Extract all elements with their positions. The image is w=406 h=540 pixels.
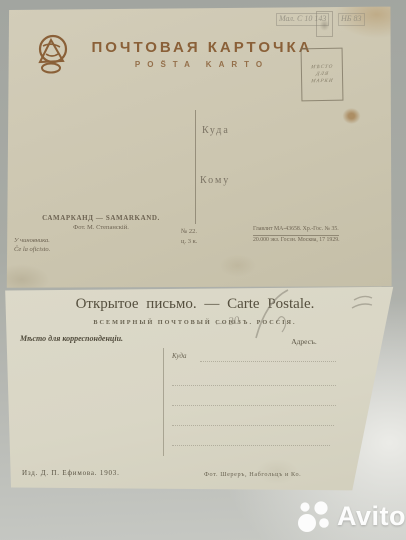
caption-photo-credit: Фот. М. Степанскій. bbox=[10, 224, 192, 231]
caption-subject-eo: Ĉe la oficisto. bbox=[14, 246, 50, 255]
avito-watermark-text: Avito bbox=[337, 501, 406, 532]
where-label: Куда bbox=[172, 352, 186, 360]
caption-subject: У чиновника. Ĉe la oficisto. bbox=[14, 237, 50, 255]
address-writing-line bbox=[172, 444, 330, 446]
avito-watermark: Avito bbox=[296, 497, 406, 535]
listing-photo: ПОЧТОВАЯ КАРТОЧКА POŜTA KARTO Мал. С 10 … bbox=[0, 0, 406, 540]
avito-logo-icon bbox=[296, 497, 334, 535]
address-writing-line bbox=[172, 424, 334, 426]
photographer-line: Фот. Шереръ, Набгольцъ и Ко. bbox=[204, 471, 301, 478]
small-stamp-mark-icon bbox=[316, 11, 333, 37]
censor-line: Главлит МА-43658. Хр.-Гос. № 35. bbox=[253, 225, 339, 236]
stamp-box-line: ДЛЯ bbox=[315, 72, 329, 77]
publisher-line: Изд. Д. П. Ефимова. 1903. bbox=[22, 469, 120, 477]
print-run-line: 20.000 экз. Госзн. Москва, 17 1929. bbox=[253, 236, 391, 245]
publisher-monogram-icon bbox=[30, 32, 72, 78]
card-number-block: № 22. ц. 3 к. bbox=[181, 227, 197, 247]
card1-caption: САМАРКАНД — SAMARKAND. Фот. М. Степанскі… bbox=[10, 214, 192, 231]
address-writing-line bbox=[200, 360, 336, 362]
address-writing-line bbox=[172, 384, 336, 386]
stamp-box-line: МАРКИ bbox=[311, 79, 334, 84]
where-label: Куда bbox=[202, 125, 230, 136]
card1-subtitle-esperanto: POŜTA KARTO bbox=[86, 60, 318, 69]
address-label: Адресъ. bbox=[272, 337, 336, 346]
print-imprint-block: Главлит МА-43658. Хр.-Гос. № 35. 20.000 … bbox=[253, 225, 391, 244]
stamp-box-line: МѢСТО bbox=[310, 65, 333, 70]
stamp-placement-box: МѢСТО ДЛЯ МАРКИ bbox=[301, 48, 344, 102]
caption-place: САМАРКАНД — SAMARKAND. bbox=[10, 214, 192, 222]
address-divider-line bbox=[163, 348, 164, 456]
pencil-price-note: — 30 bbox=[215, 314, 240, 329]
postcard-soviet: ПОЧТОВАЯ КАРТОЧКА POŜTA KARTO Мал. С 10 … bbox=[6, 6, 392, 288]
whom-label: Кому bbox=[200, 175, 230, 186]
address-writing-line bbox=[172, 404, 336, 406]
card-number: № 22. bbox=[181, 227, 197, 237]
pencil-inventory-notes: Мал. С 10 143 НБ 83 bbox=[276, 11, 366, 47]
address-divider-line bbox=[195, 110, 196, 224]
caption-subject-ru: У чиновника. bbox=[14, 237, 50, 246]
pencil-note-right: НБ 83 bbox=[338, 13, 365, 26]
postcard-1903: Открытое письмо. — Carte Postale. ВСЕМИР… bbox=[4, 286, 394, 492]
card-price: ц. 3 к. bbox=[181, 237, 197, 247]
correspondence-area-label: Мѣсто для корреспонденціи. bbox=[20, 334, 123, 343]
